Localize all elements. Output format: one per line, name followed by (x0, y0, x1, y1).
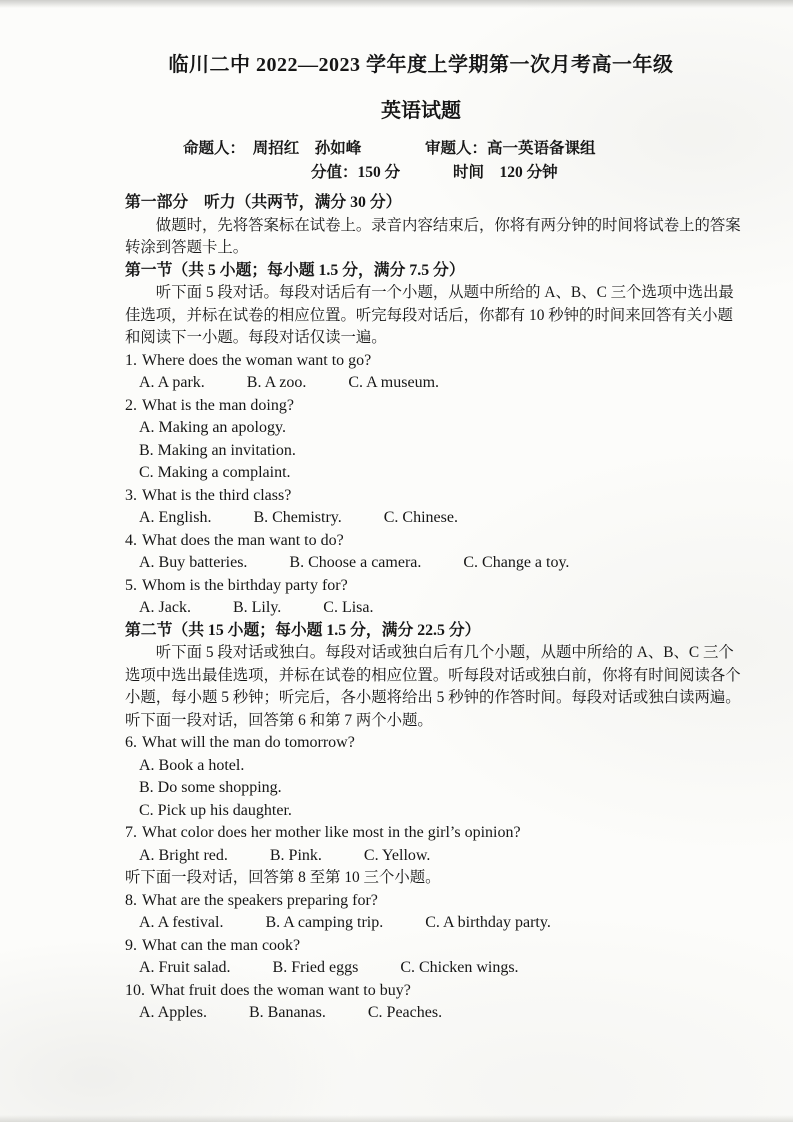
option-c: C. A birthday party. (425, 914, 551, 931)
question-text: 2.What is the man doing? (125, 395, 717, 418)
question-text: 9.What can the man cook? (125, 935, 717, 958)
instruction-line: 做题时，先将答案标在试卷上。录音内容结束后，你将有两分钟的时间将试卷上的答案 (125, 215, 717, 238)
total-score: 分值：150 分 (311, 161, 400, 185)
exam-body: 第一部分 听力（共两节，满分 30 分） 做题时，先将答案标在试卷上。录音内容结… (125, 192, 717, 1025)
instruction-line: 小题，每小题 5 秒钟；听完后，各小题将给出 5 秒钟的作答时间。每段对话或独白… (125, 687, 717, 710)
reviewer-name: 审题人：高一英语备课组 (425, 137, 596, 161)
options-row: A. English. B. Chemistry. C. Chinese. (125, 507, 717, 530)
question-text: 3.What is the third class? (125, 485, 717, 508)
options-row: A. Buy batteries. B. Choose a camera. C.… (125, 552, 717, 575)
option-c: C. Yellow. (364, 847, 431, 864)
option-b: B. A zoo. (247, 374, 307, 391)
option-a: A. Buy batteries. (139, 554, 247, 571)
question-number: 3. (125, 487, 137, 504)
question-3: 3.What is the third class? A. English. B… (125, 485, 717, 530)
question-text: 1.Where does the woman want to go? (125, 350, 717, 373)
option-c: C. Making a complaint. (139, 462, 717, 485)
exam-meta: 命题人： 周招红 孙如峰 审题人：高一英语备课组 分值：150 分 时间 120… (125, 137, 717, 185)
scanned-exam-page: 临川二中 2022—2023 学年度上学期第一次月考高一年级 英语试题 命题人：… (0, 0, 793, 1122)
option-b: B. A camping trip. (265, 914, 383, 931)
option-c: C. Pick up his daughter. (139, 800, 717, 823)
options-row: A. A festival. B. A camping trip. C. A b… (125, 912, 717, 935)
question-stem: What are the speakers preparing for? (142, 892, 378, 909)
question-number: 10. (125, 982, 145, 999)
question-stem: What color does her mother like most in … (142, 824, 521, 841)
question-number: 9. (125, 937, 137, 954)
option-b: B. Do some shopping. (139, 777, 717, 800)
section2-instructions: 听下面 5 段对话或独白。每段对话或独白后有几个小题，从题中所给的 A、B、C … (125, 642, 717, 710)
option-b: B. Fried eggs (273, 959, 359, 976)
question-10: 10.What fruit does the woman want to buy… (125, 980, 717, 1025)
question-text: 4.What does the man want to do? (125, 530, 717, 553)
question-stem: What will the man do tomorrow? (142, 734, 355, 751)
question-number: 8. (125, 892, 137, 909)
option-b: B. Choose a camera. (289, 554, 421, 571)
option-a: A. Making an apology. (139, 417, 717, 440)
page-content: 临川二中 2022—2023 学年度上学期第一次月考高一年级 英语试题 命题人：… (125, 0, 717, 1025)
question-text: 7.What color does her mother like most i… (125, 822, 717, 845)
option-c: C. Change a toy. (463, 554, 569, 571)
exam-subtitle: 英语试题 (125, 97, 717, 125)
option-a: A. A festival. (139, 914, 223, 931)
instruction-line: 听下面 5 段对话或独白。每段对话或独白后有几个小题，从题中所给的 A、B、C … (125, 642, 717, 665)
part1-heading: 第一部分 听力（共两节，满分 30 分） (125, 192, 717, 215)
instruction-line: 选项中选出最佳选项，并标在试卷的相应位置。听每段对话或独白前，你将有时间阅读各个 (125, 665, 717, 688)
exam-title: 临川二中 2022—2023 学年度上学期第一次月考高一年级 (125, 50, 717, 80)
question-5: 5.Whom is the birthday party for? A. Jac… (125, 575, 717, 620)
question-stem: Whom is the birthday party for? (142, 577, 348, 594)
section2-heading: 第二节（共 15 小题；每小题 1.5 分，满分 22.5 分） (125, 620, 717, 643)
section1-heading: 第一节（共 5 小题；每小题 1.5 分，满分 7.5 分） (125, 260, 717, 283)
option-a: A. A park. (139, 374, 205, 391)
options-row: A. Apples. B. Bananas. C. Peaches. (125, 1002, 717, 1025)
question-number: 1. (125, 352, 137, 369)
options-stacked: A. Book a hotel. B. Do some shopping. C.… (125, 755, 717, 823)
option-b: B. Bananas. (249, 1004, 326, 1021)
question-8: 8.What are the speakers preparing for? A… (125, 890, 717, 935)
question-stem: What does the man want to do? (142, 532, 344, 549)
question-1: 1.Where does the woman want to go? A. A … (125, 350, 717, 395)
instruction-line: 转涂到答题卡上。 (125, 237, 717, 260)
part1-instructions: 做题时，先将答案标在试卷上。录音内容结束后，你将有两分钟的时间将试卷上的答案 转… (125, 215, 717, 260)
option-a: A. English. (139, 509, 211, 526)
option-b: B. Making an invitation. (139, 440, 717, 463)
question-stem: Where does the woman want to go? (142, 352, 371, 369)
question-stem: What is the third class? (142, 487, 291, 504)
option-c: C. Chicken wings. (400, 959, 518, 976)
question-stem: What can the man cook? (142, 937, 300, 954)
question-4: 4.What does the man want to do? A. Buy b… (125, 530, 717, 575)
section1-instructions: 听下面 5 段对话。每段对话后有一个小题，从题中所给的 A、B、C 三个选项中选… (125, 282, 717, 350)
options-row: A. A park. B. A zoo. C. A museum. (125, 372, 717, 395)
option-b: B. Pink. (270, 847, 322, 864)
exam-duration: 时间 120 分钟 (453, 161, 558, 185)
question-number: 2. (125, 397, 137, 414)
question-number: 4. (125, 532, 137, 549)
question-number: 5. (125, 577, 137, 594)
option-a: A. Book a hotel. (139, 755, 717, 778)
option-b: B. Chemistry. (253, 509, 341, 526)
option-c: C. A museum. (348, 374, 439, 391)
options-row: A. Bright red. B. Pink. C. Yellow. (125, 845, 717, 868)
options-row: A. Fruit salad. B. Fried eggs C. Chicken… (125, 957, 717, 980)
passage1-lead: 听下面一段对话，回答第 6 和第 7 两个小题。 (125, 710, 717, 733)
question-6: 6.What will the man do tomorrow? A. Book… (125, 732, 717, 822)
instruction-line: 佳选项，并标在试卷的相应位置。听完每段对话后，你都有 10 秒钟的时间来回答有关… (125, 305, 717, 328)
question-number: 7. (125, 824, 137, 841)
instruction-line: 和阅读下一小题。每段对话仅读一遍。 (125, 327, 717, 350)
passage2-lead: 听下面一段对话，回答第 8 至第 10 三个小题。 (125, 867, 717, 890)
question-2: 2.What is the man doing? A. Making an ap… (125, 395, 717, 485)
option-c: C. Chinese. (384, 509, 458, 526)
meta-row-people: 命题人： 周招红 孙如峰 审题人：高一英语备课组 (125, 137, 717, 161)
option-b: B. Lily. (233, 599, 281, 616)
question-text: 10.What fruit does the woman want to buy… (125, 980, 717, 1003)
question-stem: What fruit does the woman want to buy? (150, 982, 411, 999)
question-text: 6.What will the man do tomorrow? (125, 732, 717, 755)
question-number: 6. (125, 734, 137, 751)
question-text: 8.What are the speakers preparing for? (125, 890, 717, 913)
option-a: A. Fruit salad. (139, 959, 231, 976)
question-9: 9.What can the man cook? A. Fruit salad.… (125, 935, 717, 980)
option-a: A. Jack. (139, 599, 191, 616)
setter-names: 命题人： 周招红 孙如峰 (183, 137, 361, 161)
option-a: A. Bright red. (139, 847, 228, 864)
option-a: A. Apples. (139, 1004, 207, 1021)
options-row: A. Jack. B. Lily. C. Lisa. (125, 597, 717, 620)
meta-row-score-time: 分值：150 分 时间 120 分钟 (125, 161, 717, 185)
question-7: 7.What color does her mother like most i… (125, 822, 717, 867)
option-c: C. Peaches. (368, 1004, 442, 1021)
options-stacked: A. Making an apology. B. Making an invit… (125, 417, 717, 485)
question-text: 5.Whom is the birthday party for? (125, 575, 717, 598)
instruction-line: 听下面 5 段对话。每段对话后有一个小题，从题中所给的 A、B、C 三个选项中选… (125, 282, 717, 305)
option-c: C. Lisa. (323, 599, 373, 616)
question-stem: What is the man doing? (142, 397, 294, 414)
